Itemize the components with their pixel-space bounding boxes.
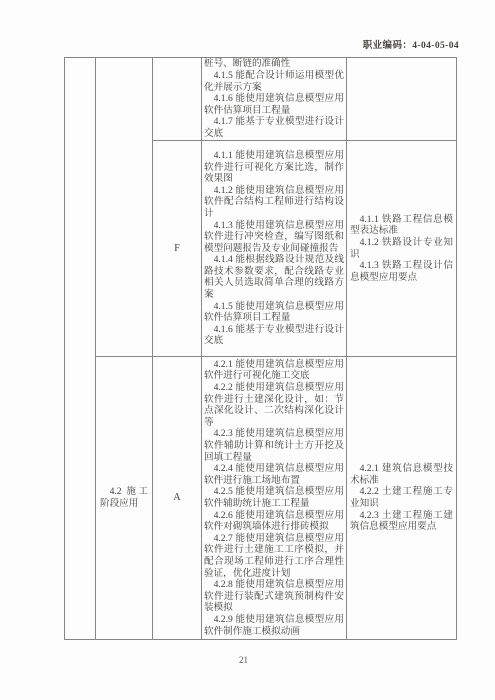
work-content-cell: 4.2 施工阶段应用 [96,357,153,640]
grade-cell [153,58,202,141]
grade-cell: A [153,357,202,640]
table-row: 桩号、断链的准确性4.1.5 能配合设计师运用模型优化并展示方案4.1.6 能使… [65,58,457,141]
work-content-cell [96,58,153,357]
knowledge-requirements-cell: 4.1.1 铁路工程信息模型表达标准4.1.2 铁路设计专业知识4.1.3 铁路… [347,141,457,357]
function-cell [65,58,96,640]
skill-requirements-cell: 桩号、断链的准确性4.1.5 能配合设计师运用模型优化并展示方案4.1.6 能使… [202,58,347,141]
page-number: 21 [0,655,487,665]
table-row: 4.2 施工阶段应用 A 4.2.1 能使用建筑信息模型应用软件进行可视化施工交… [65,357,457,640]
occupation-code-header: 职业编码：4-04-05-04 [363,37,459,51]
knowledge-requirements-cell: 4.2.1 建筑信息模型技术标准4.2.2 土建工程施工专业知识4.2.3 土建… [347,357,457,640]
skill-requirements-cell: 4.1.1 能使用建筑信息模型应用软件进行可视化方案比选，制作效果图4.1.2 … [202,141,347,357]
knowledge-requirements-cell [347,58,457,141]
skill-standard-table: 桩号、断链的准确性4.1.5 能配合设计师运用模型优化并展示方案4.1.6 能使… [64,57,457,640]
work-content-label: 4.2 施工阶段应用 [100,486,148,509]
document-page: 职业编码：4-04-05-04 桩号、断链的准确性4.1.5 能配合设计师运用模… [0,0,495,700]
skill-requirements-cell: 4.2.1 能使用建筑信息模型应用软件进行可视化施工交底4.2.2 能使用建筑信… [202,357,347,640]
grade-cell: F [153,141,202,357]
